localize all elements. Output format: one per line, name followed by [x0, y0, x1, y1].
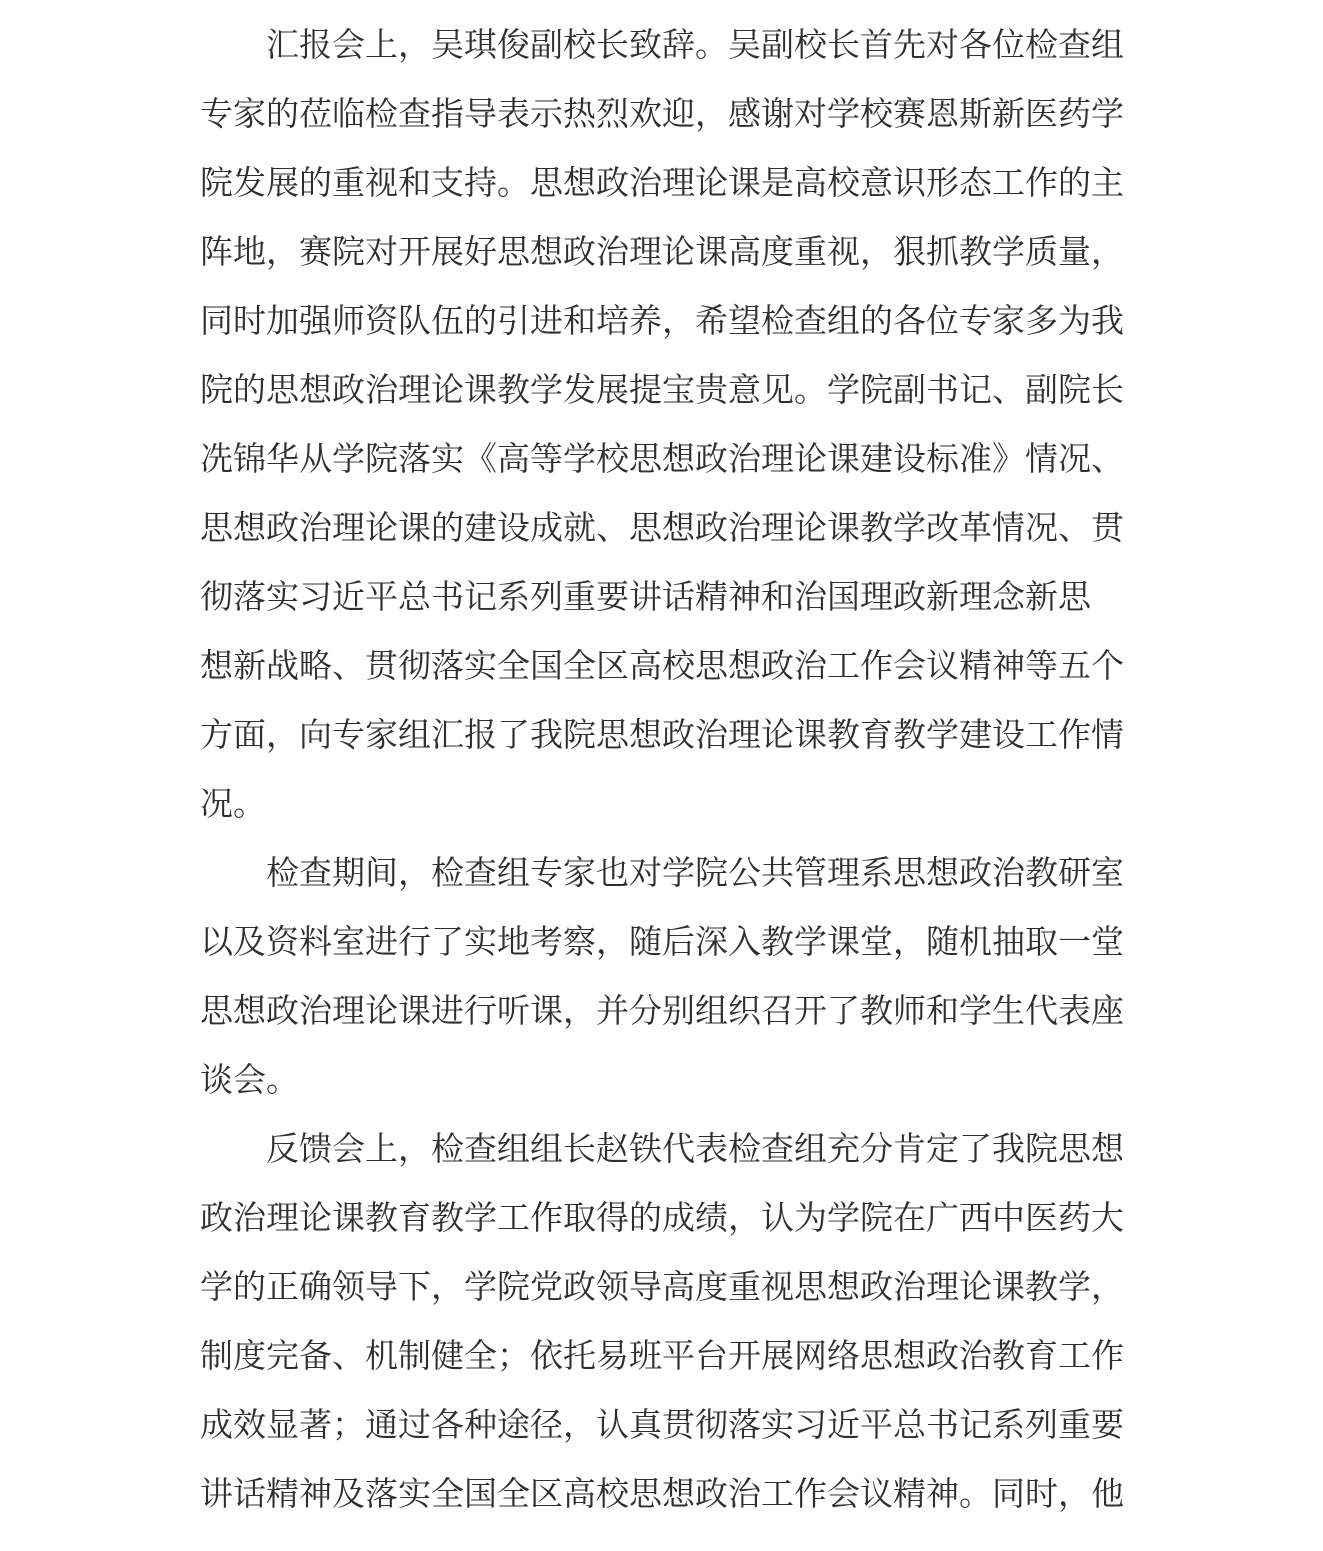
text-line: 院的思想政治理论课教学发展提宝贵意见。学院副书记、副院长 [200, 357, 1124, 426]
text-line: 同时加强师资队伍的引进和培养，希望检查组的各位专家多为我 [200, 288, 1124, 357]
paragraph-1: 汇报会上，吴琪俊副校长致辞。吴副校长首先对各位检查组专家的莅临检查指导表示热烈欢… [200, 12, 1124, 840]
document-body: 汇报会上，吴琪俊副校长致辞。吴副校长首先对各位检查组专家的莅临检查指导表示热烈欢… [200, 12, 1124, 1530]
text-line: 反馈会上，检查组组长赵铁代表检查组充分肯定了我院思想 [200, 1116, 1124, 1185]
text-line: 思想政治理论课进行听课，并分别组织召开了教师和学生代表座 [200, 978, 1124, 1047]
paragraph-3: 反馈会上，检查组组长赵铁代表检查组充分肯定了我院思想政治理论课教育教学工作取得的… [200, 1116, 1124, 1530]
text-line: 讲话精神及落实全国全区高校思想政治工作会议精神。同时，他 [200, 1461, 1124, 1530]
text-line: 专家的莅临检查指导表示热烈欢迎，感谢对学校赛恩斯新医药学 [200, 81, 1124, 150]
text-line: 成效显著；通过各种途径，认真贯彻落实习近平总书记系列重要 [200, 1392, 1124, 1461]
text-line: 以及资料室进行了实地考察，随后深入教学课堂，随机抽取一堂 [200, 909, 1124, 978]
text-line: 方面，向专家组汇报了我院思想政治理论课教育教学建设工作情 [200, 702, 1124, 771]
paragraph-2: 检查期间，检查组专家也对学院公共管理系思想政治教研室以及资料室进行了实地考察，随… [200, 840, 1124, 1116]
text-line: 政治理论课教育教学工作取得的成绩，认为学院在广西中医药大 [200, 1185, 1124, 1254]
text-line: 汇报会上，吴琪俊副校长致辞。吴副校长首先对各位检查组 [200, 12, 1124, 81]
text-line: 思想政治理论课的建设成就、思想政治理论课教学改革情况、贯 [200, 495, 1124, 564]
text-line: 况。 [200, 771, 1124, 840]
document-page: 汇报会上，吴琪俊副校长致辞。吴副校长首先对各位检查组专家的莅临检查指导表示热烈欢… [0, 0, 1323, 1551]
text-line: 检查期间，检查组专家也对学院公共管理系思想政治教研室 [200, 840, 1124, 909]
text-line: 冼锦华从学院落实《高等学校思想政治理论课建设标准》情况、 [200, 426, 1124, 495]
text-line: 制度完备、机制健全；依托易班平台开展网络思想政治教育工作 [200, 1323, 1124, 1392]
text-line: 想新战略、贯彻落实全国全区高校思想政治工作会议精神等五个 [200, 633, 1124, 702]
text-line: 彻落实习近平总书记系列重要讲话精神和治国理政新理念新思 [200, 564, 1124, 633]
text-line: 谈会。 [200, 1047, 1124, 1116]
text-line: 院发展的重视和支持。思想政治理论课是高校意识形态工作的主 [200, 150, 1124, 219]
text-line: 阵地，赛院对开展好思想政治理论课高度重视，狠抓教学质量， [200, 219, 1124, 288]
text-line: 学的正确领导下，学院党政领导高度重视思想政治理论课教学， [200, 1254, 1124, 1323]
